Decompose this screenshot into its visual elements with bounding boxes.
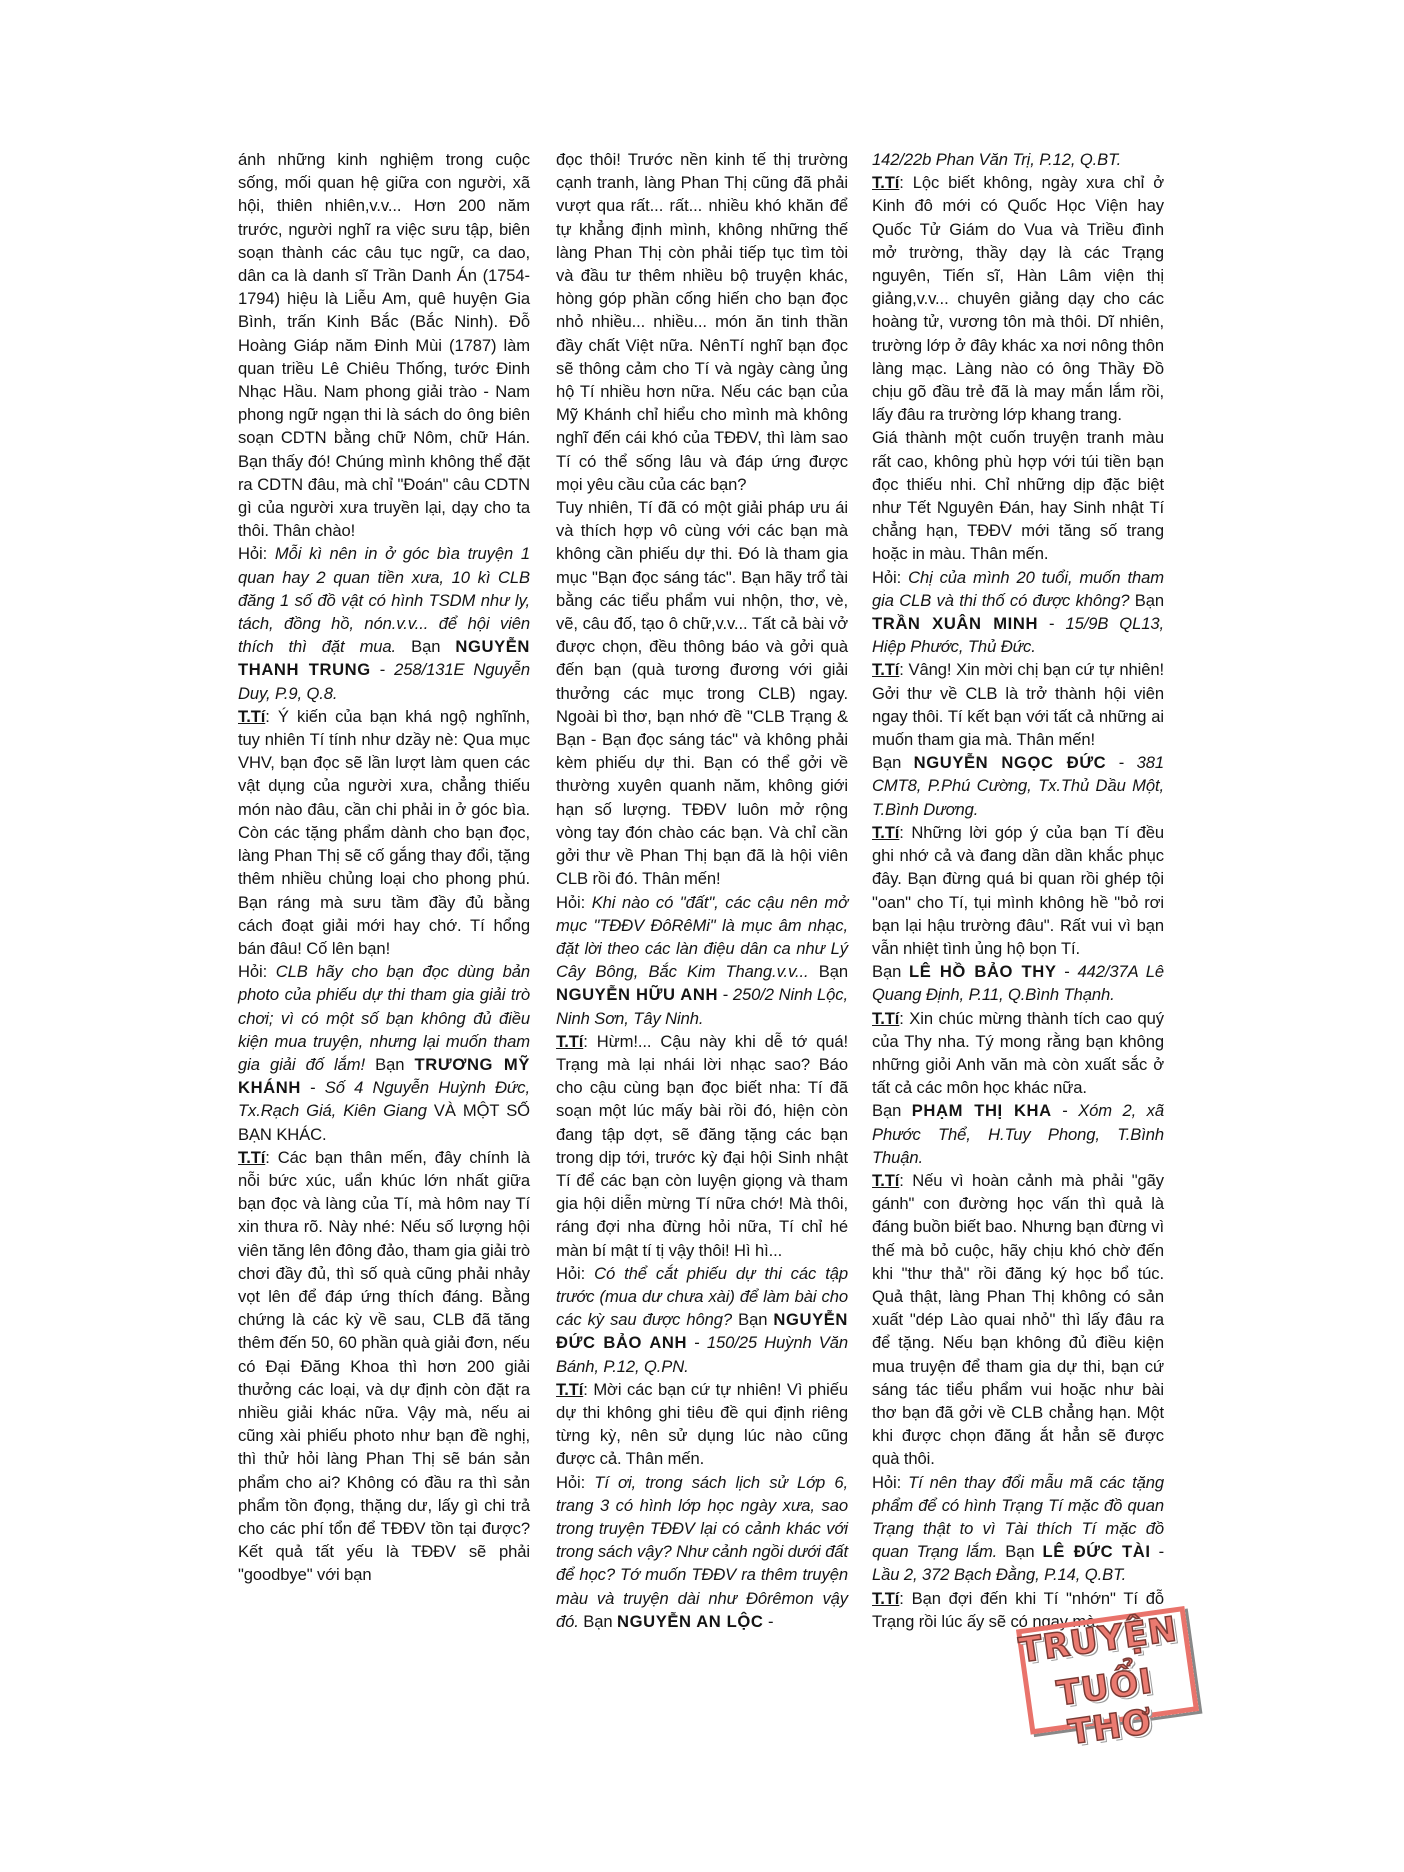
text-run: Bạn xyxy=(872,753,914,772)
speaker-label: T.Tí xyxy=(556,1380,583,1399)
reader-name: NGUYỄN NGỌC ĐỨC xyxy=(914,753,1107,772)
text-run: Giá thành một cuốn truyện tranh màu rất … xyxy=(872,428,1164,563)
text-run: Bạn xyxy=(997,1542,1042,1561)
text-run: - xyxy=(1052,1101,1078,1120)
paragraph: Hỏi: Khi nào có "đất", các cậu nên mở mụ… xyxy=(556,891,848,1030)
text-run: : Xin chúc mừng thành tích cao quý của T… xyxy=(872,1009,1164,1098)
text-run: Bạn xyxy=(872,962,909,981)
reader-name: NGUYỄN AN LỘC xyxy=(617,1612,763,1631)
paragraph: Hỏi: Mỗi kì nên in ở góc bìa truyện 1 qu… xyxy=(238,542,530,704)
text-run: Hỏi: xyxy=(556,1264,594,1283)
paragraph: Hỏi: Có thể cắt phiếu dự thi các tập trư… xyxy=(556,1262,848,1378)
text-run: - xyxy=(1151,1542,1164,1561)
paragraph: T.Tí: Lộc biết không, ngày xưa chỉ ở Kin… xyxy=(872,171,1164,426)
question-or-address-text: Khi nào có "đất", các cậu nên mở mục "TĐ… xyxy=(556,893,848,982)
paragraph: T.Tí: Ý kiến của bạn khá ngộ nghĩnh, tuy… xyxy=(238,705,530,960)
text-run: Tuy nhiên, Tí đã có một giải pháp ưu ái … xyxy=(556,498,848,888)
reader-name: PHẠM THỊ KHA xyxy=(912,1101,1052,1120)
text-run: : Vâng! Xin mời chị bạn cứ tự nhiên! Gởi… xyxy=(872,660,1164,749)
paragraph: đọc thôi! Trước nền kinh tế thị trường c… xyxy=(556,148,848,496)
paragraph: T.Tí: Hừm!... Cậu này khi dễ tớ quá! Trạ… xyxy=(556,1030,848,1262)
text-run: : Nếu vì hoàn cảnh mà phải "gãy gánh" co… xyxy=(872,1171,1164,1468)
text-run: Bạn xyxy=(872,1101,912,1120)
paragraph: Bạn LÊ HỒ BẢO THY - 442/37A Lê Quang Địn… xyxy=(872,960,1164,1006)
speaker-label: T.Tí xyxy=(556,1032,583,1051)
text-run: Bạn xyxy=(1129,591,1164,610)
speaker-label: T.Tí xyxy=(872,1009,899,1028)
paragraph: ánh những kinh nghiệm trong cuộc sống, m… xyxy=(238,148,530,542)
text-column-2: đọc thôi! Trước nền kinh tế thị trường c… xyxy=(556,148,848,1633)
text-run: Bạn xyxy=(365,1055,415,1074)
paragraph: T.Tí: Nếu vì hoàn cảnh mà phải "gãy gánh… xyxy=(872,1169,1164,1471)
reader-name: TRẦN XUÂN MINH xyxy=(872,614,1038,633)
reader-name: NGUYỄN HỮU ANH xyxy=(556,985,718,1004)
speaker-label: T.Tí xyxy=(872,660,899,679)
paragraph: T.Tí: Xin chúc mừng thành tích cao quý c… xyxy=(872,1007,1164,1100)
paragraph: T.Tí: Vâng! Xin mời chị bạn cứ tự nhiên!… xyxy=(872,658,1164,751)
reader-name: LÊ ĐỨC TÀI xyxy=(1043,1542,1151,1561)
text-run: - xyxy=(371,660,394,679)
text-run: - xyxy=(1038,614,1065,633)
text-run: Hỏi: xyxy=(238,962,276,981)
speaker-label: T.Tí xyxy=(872,1589,899,1608)
text-run: Bạn xyxy=(579,1612,617,1631)
text-run: : Hừm!... Cậu này khi dễ tớ quá! Trạng m… xyxy=(556,1032,848,1260)
text-run: - xyxy=(763,1612,773,1631)
text-run: Bạn xyxy=(396,637,455,656)
text-run: : Những lời góp ý của bạn Tí đều ghi nhớ… xyxy=(872,823,1164,958)
text-column-1: ánh những kinh nghiệm trong cuộc sống, m… xyxy=(238,148,530,1587)
text-run: Hỏi: xyxy=(872,568,908,587)
scanned-magazine-page: ánh những kinh nghiệm trong cuộc sống, m… xyxy=(0,0,1404,1872)
question-or-address-text: Chị của mình 20 tuổi, muốn tham gia CLB … xyxy=(872,568,1164,610)
text-column-3: 142/22b Phan Văn Trị, P.12, Q.BT.T.Tí: L… xyxy=(872,148,1164,1633)
paragraph: Hỏi: Chị của mình 20 tuổi, muốn tham gia… xyxy=(872,566,1164,659)
text-run: - xyxy=(1106,753,1136,772)
paragraph: 142/22b Phan Văn Trị, P.12, Q.BT. xyxy=(872,148,1164,171)
paragraph: Bạn PHẠM THỊ KHA - Xóm 2, xã Phước Thể, … xyxy=(872,1099,1164,1169)
paragraph: Hỏi: Tí ơi, trong sách lịch sử Lớp 6, tr… xyxy=(556,1471,848,1633)
text-run: Hỏi: xyxy=(872,1473,908,1492)
text-run: - xyxy=(301,1078,325,1097)
truyen-tuoi-tho-watermark-logo: TRUYỆN TUỔI THƠ xyxy=(1005,1600,1199,1734)
text-run: Bạn xyxy=(809,962,848,981)
question-or-address-text: Lầu 2, 372 Bạch Đằng, P.14, Q.BT. xyxy=(872,1565,1126,1584)
question-or-address-text: 142/22b Phan Văn Trị, P.12, Q.BT. xyxy=(872,150,1121,169)
text-run: : Ý kiến của bạn khá ngộ nghĩnh, tuy nhi… xyxy=(238,707,530,958)
speaker-label: T.Tí xyxy=(238,707,265,726)
text-run: - xyxy=(1057,962,1078,981)
text-run: - xyxy=(687,1333,707,1352)
text-run: ánh những kinh nghiệm trong cuộc sống, m… xyxy=(238,150,530,540)
text-run: Hỏi: xyxy=(238,544,275,563)
paragraph: Bạn NGUYỄN NGỌC ĐỨC - 381 CMT8, P.Phú Cư… xyxy=(872,751,1164,821)
paragraph: Hỏi: CLB hãy cho bạn đọc dùng bản photo … xyxy=(238,960,530,1146)
paragraph: Tuy nhiên, Tí đã có một giải pháp ưu ái … xyxy=(556,496,848,890)
paragraph: T.Tí: Các bạn thân mến, đây chính là nỗi… xyxy=(238,1146,530,1587)
speaker-label: T.Tí xyxy=(872,173,899,192)
speaker-label: T.Tí xyxy=(872,1171,899,1190)
text-run: Hỏi: xyxy=(556,1473,594,1492)
text-run: Hỏi: xyxy=(556,893,592,912)
paragraph: Giá thành một cuốn truyện tranh màu rất … xyxy=(872,426,1164,565)
reader-name: LÊ HỒ BẢO THY xyxy=(909,962,1057,981)
paragraph: Hỏi: Tí nên thay đổi mẫu mã các tặng phẩ… xyxy=(872,1471,1164,1587)
text-run: Bạn xyxy=(732,1310,773,1329)
paragraph: T.Tí: Mời các bạn cứ tự nhiên! Vì phiếu … xyxy=(556,1378,848,1471)
speaker-label: T.Tí xyxy=(872,823,899,842)
text-run: đọc thôi! Trước nền kinh tế thị trường c… xyxy=(556,150,848,494)
text-run: : Lộc biết không, ngày xưa chỉ ở Kinh đô… xyxy=(872,173,1164,424)
text-run: : Mời các bạn cứ tự nhiên! Vì phiếu dự t… xyxy=(556,1380,848,1469)
paragraph: T.Tí: Những lời góp ý của bạn Tí đều ghi… xyxy=(872,821,1164,960)
text-run: - xyxy=(718,985,733,1004)
speaker-label: T.Tí xyxy=(238,1148,265,1167)
question-or-address-text: Tí ơi, trong sách lịch sử Lớp 6, trang 3… xyxy=(556,1473,848,1631)
text-run: : Các bạn thân mến, đây chính là nỗi bức… xyxy=(238,1148,530,1585)
